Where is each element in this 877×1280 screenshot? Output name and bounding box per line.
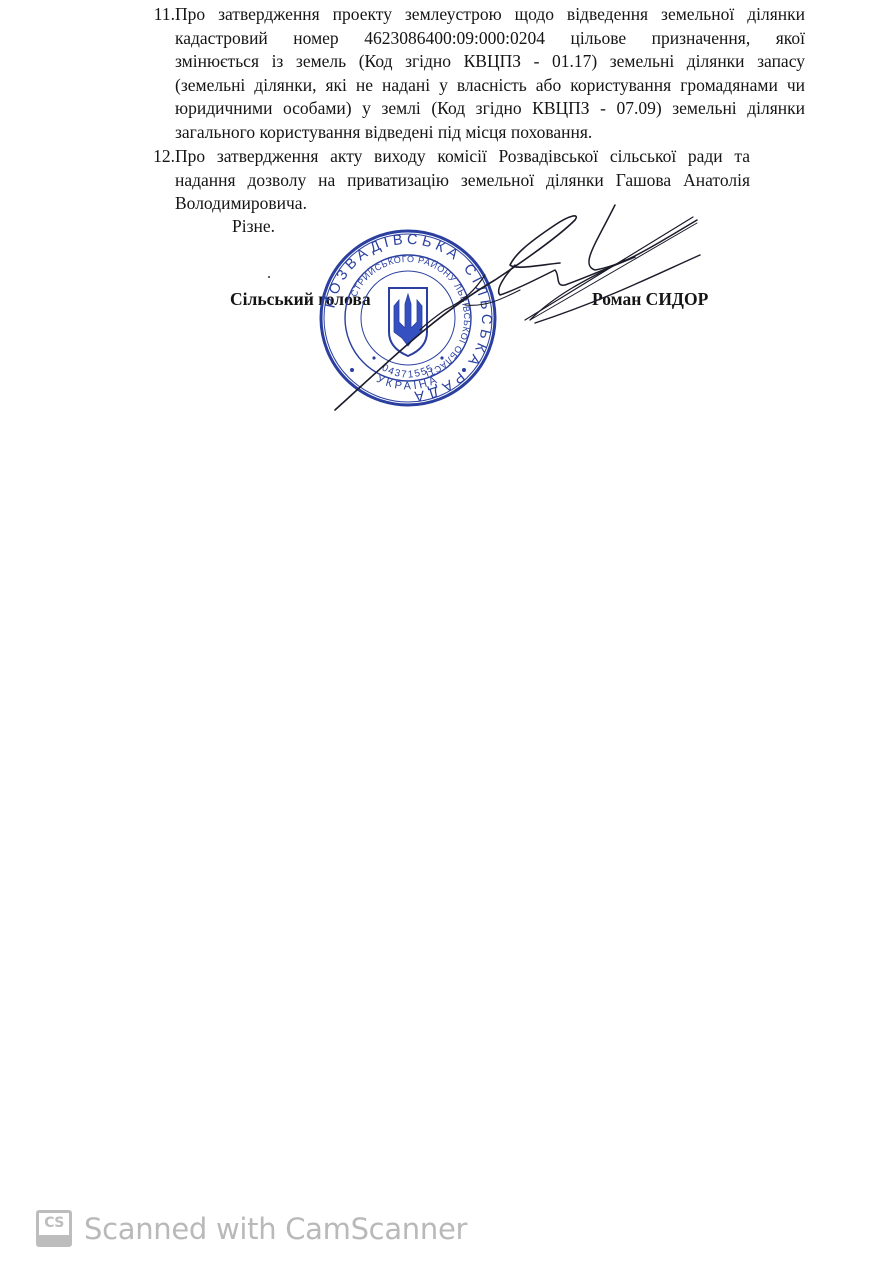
item-text-line: юридичними особами) у землі (Код згідно … (175, 97, 805, 121)
item-text-line: Про затвердження проекту землеустрою щод… (175, 3, 805, 27)
misc-section-label: Різне. (232, 216, 275, 237)
item-text-line: (земельні ділянки, які не надані у власн… (175, 74, 805, 98)
item-text-line: змінюється із земель (Код згідно КВЦПЗ -… (175, 50, 805, 74)
camscanner-watermark: CS Scanned with CamScanner (36, 1210, 467, 1247)
scanned-document-page: 11. Про затвердження проекту землеустрою… (0, 0, 877, 1280)
watermark-text: Scanned with CamScanner (84, 1212, 467, 1246)
item-text-line: кадастровий номер 4623086400:09:000:0204… (175, 27, 805, 51)
item-number: 11. (145, 3, 175, 27)
item-text-line: загального користування відведені під мі… (175, 121, 805, 145)
camscanner-logo-icon: CS (36, 1210, 72, 1247)
agenda-item-11: 11. Про затвердження проекту землеустрою… (145, 3, 805, 145)
handwritten-signature (325, 195, 705, 425)
item-number: 12. (145, 145, 175, 169)
item-text-line: Про затвердження акту виходу комісії Роз… (175, 145, 750, 169)
item-text-line: надання дозволу на приватизацію земельно… (175, 169, 750, 193)
ink-dot (268, 276, 270, 278)
